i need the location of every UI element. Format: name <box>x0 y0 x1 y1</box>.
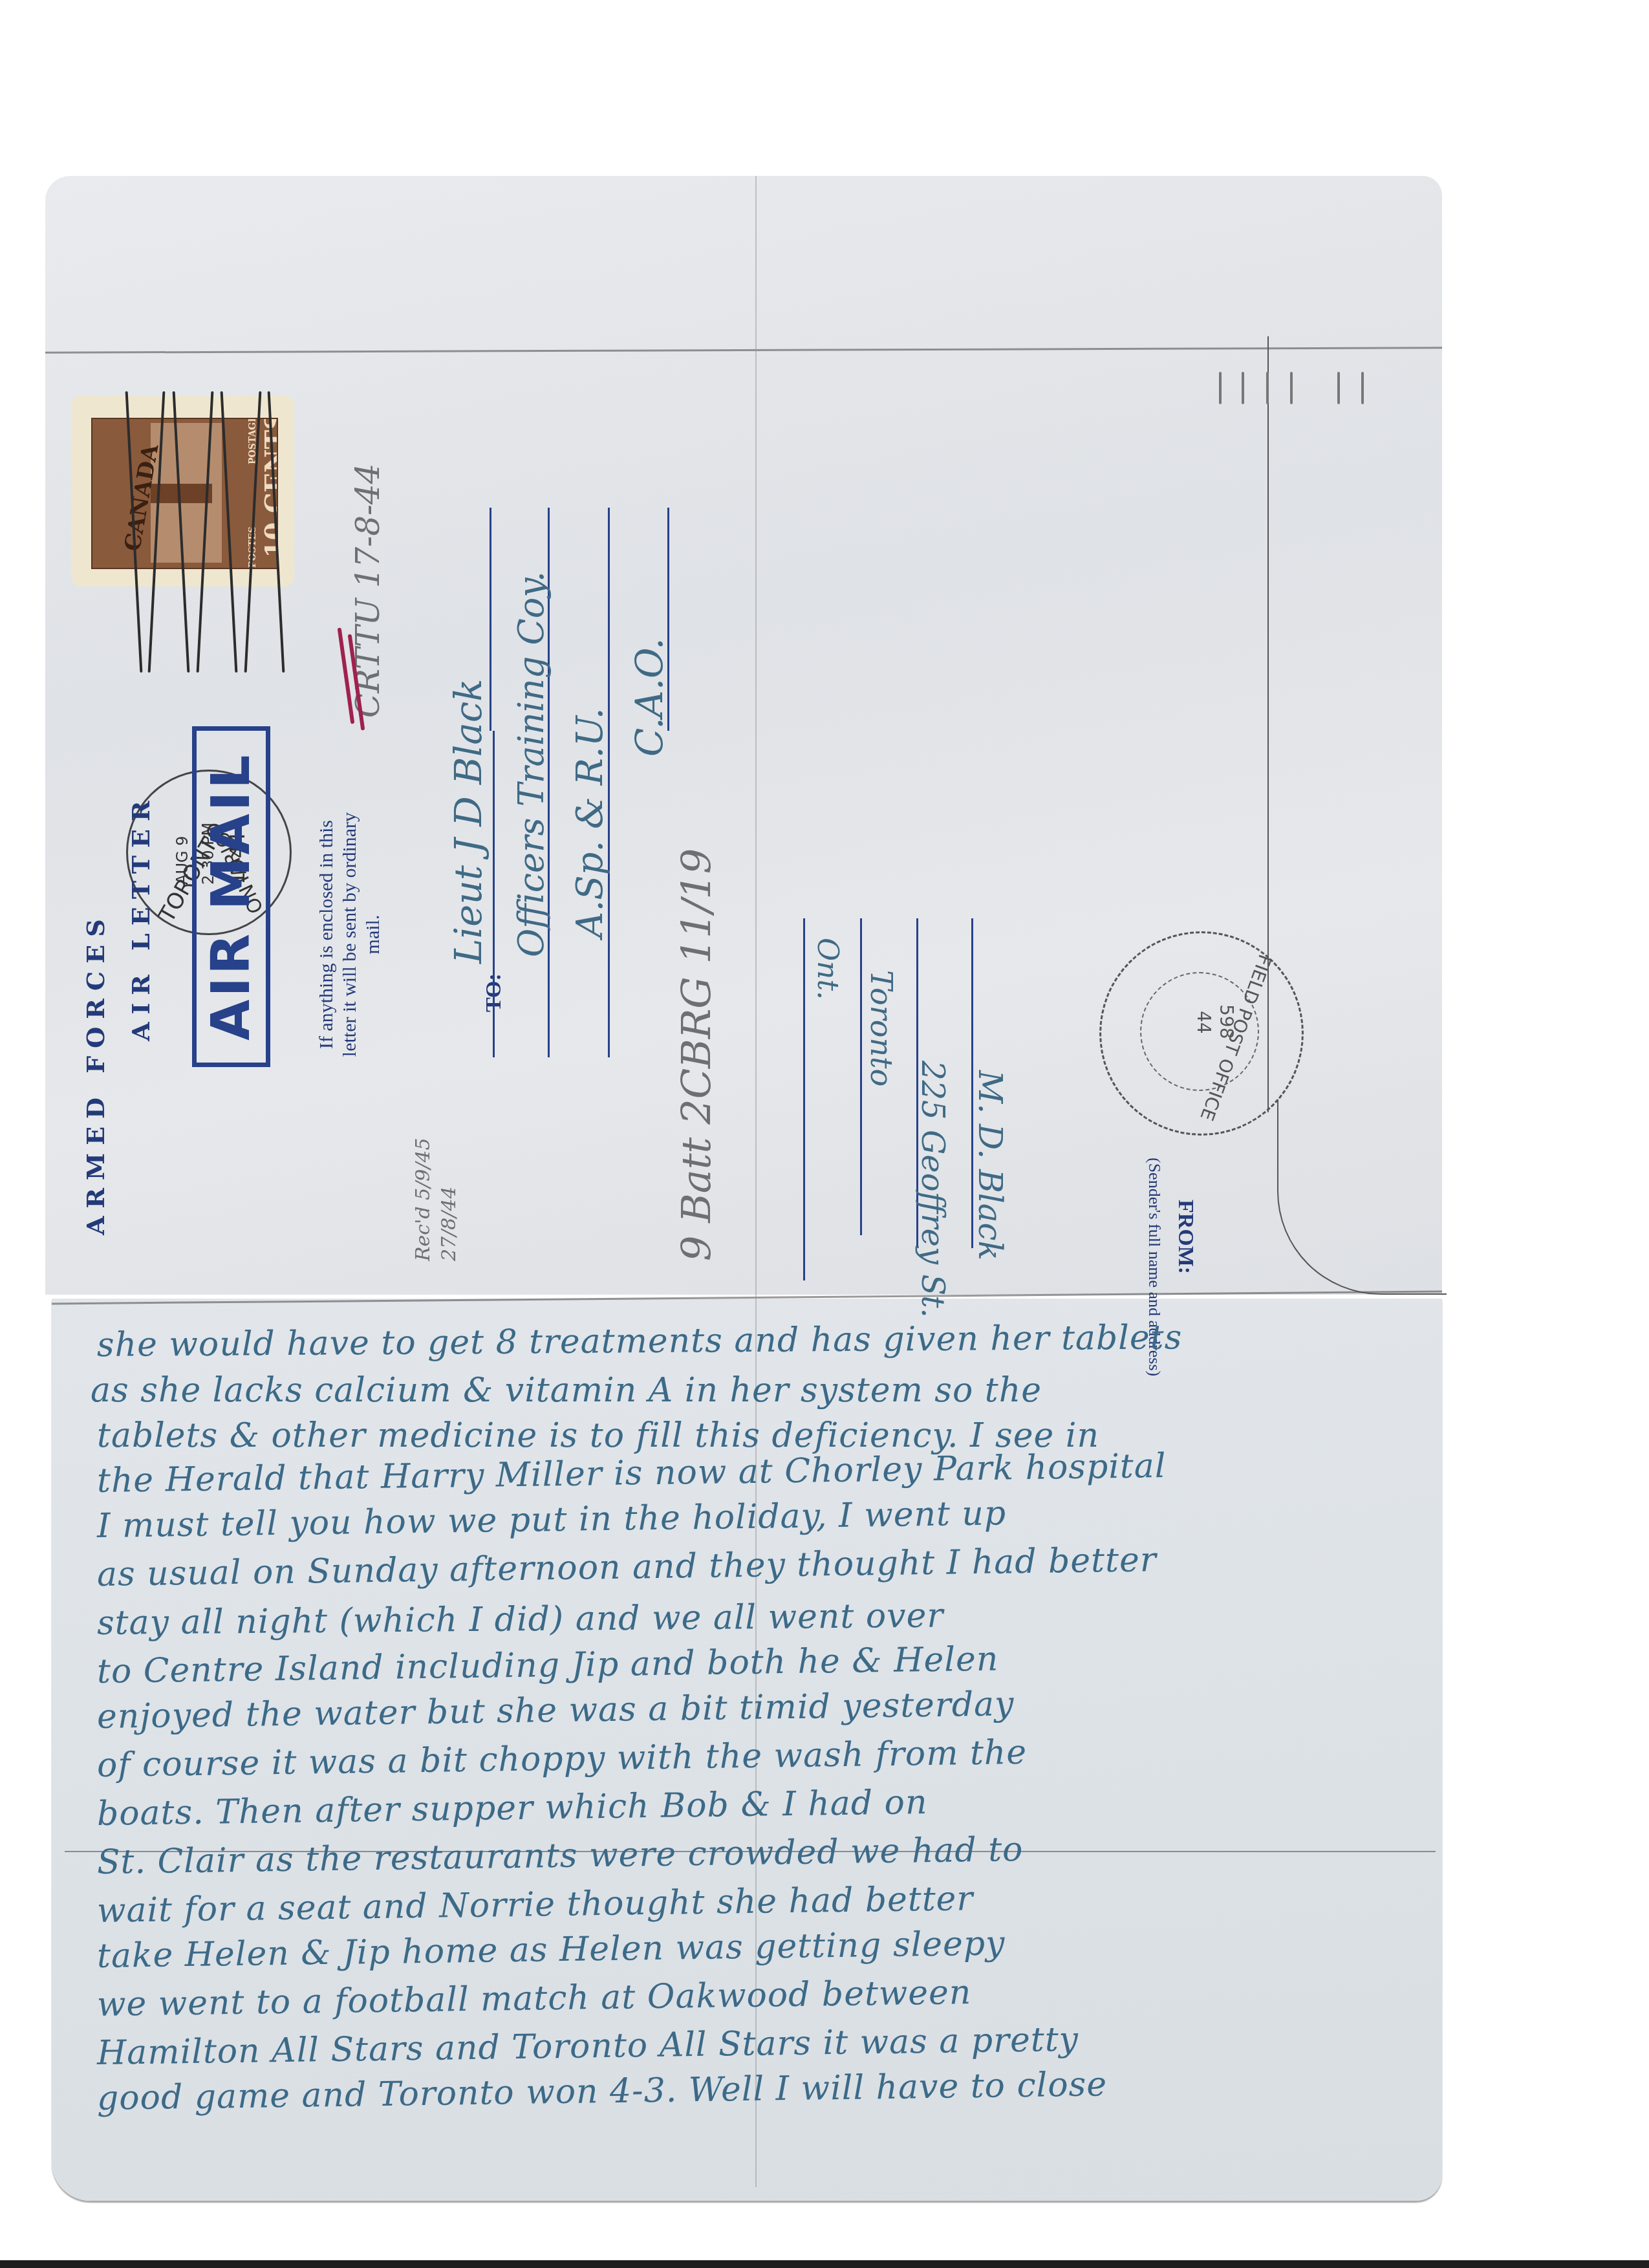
airmail-label: AIR MAIL <box>200 753 262 1041</box>
sender-line-4: Ont. <box>811 938 844 1000</box>
recipient-line-3: A.Sp. & R.U. <box>569 707 611 938</box>
receipt-note: Rec'd 5/9/45 27/8/44 <box>411 1093 462 1261</box>
form-title-line2: AIR LETTER <box>126 794 155 1042</box>
sender-line-3: Toronto <box>864 970 899 1086</box>
sender-address-line <box>803 918 805 1280</box>
letter-line: stay all night (which I did) and we all … <box>97 1597 944 1643</box>
postmark-date: AUG 9 <box>173 836 191 885</box>
service-number-note: 9 Batt 2CBRG 11/19 <box>673 848 720 1261</box>
scanner-edge <box>0 2260 1649 2268</box>
recipient-line-1: Lieut J D Black <box>446 679 490 964</box>
sender-line-2: 225 Geoffrey St. <box>914 1061 951 1318</box>
fpo-year: 44 <box>1193 1011 1214 1034</box>
form-title-line1: ARMED FORCES <box>81 911 110 1235</box>
faint-cancel-marks <box>1219 372 1222 404</box>
enclosure-notice: If anything is enclosed in this letter i… <box>315 799 385 1070</box>
sender-line-1: M. D. Black <box>971 1070 1009 1260</box>
stamp-design: CANADA 10 CENTS POSTAGE POSTES <box>91 418 278 569</box>
field-post-office-postmark: FIELD POST OFFICE 598 44 <box>1099 931 1304 1136</box>
letter-line: she would have to get 8 treatments and h… <box>97 1318 1183 1365</box>
fpo-number: 598 <box>1216 1004 1237 1039</box>
recipient-line-4: C.A.O. <box>627 638 671 757</box>
recipient-line-2: Officers Training Coy. <box>511 571 552 957</box>
from-label: FROM: <box>1173 1200 1198 1274</box>
letter-line: as she lacks calcium & vitamin A in her … <box>91 1371 1042 1410</box>
airmail-label-box: AIR MAIL <box>192 726 270 1067</box>
